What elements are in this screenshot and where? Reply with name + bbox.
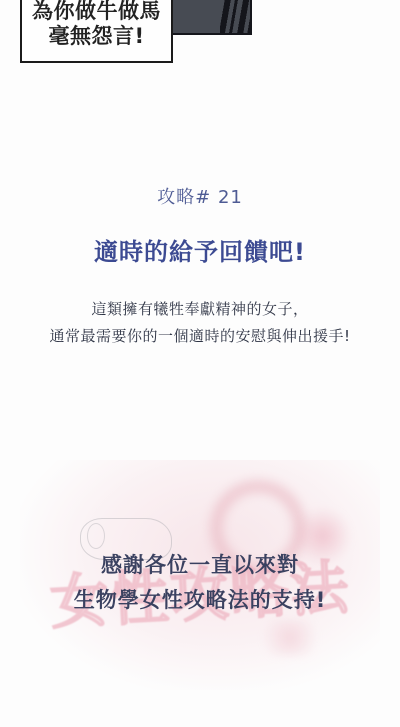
- chapter-title: 適時的給予回饋吧!: [0, 232, 400, 267]
- comic-panel-fragment: [171, 0, 252, 35]
- panel-stripes-decoration: [220, 0, 250, 33]
- chapter-description: 這類擁有犧牲奉獻精神的女子， 通常最需要你的一個適時的安慰與伸出援手!: [0, 296, 400, 350]
- chapter-description-line2: 通常最需要你的一個適時的安慰與伸出援手!: [0, 323, 400, 350]
- chapter-description-line1: 這類擁有犧牲奉獻精神的女子，: [0, 296, 400, 323]
- thanks-note: 感謝各位一直以來對 生物學女性攻略法的支持!: [0, 548, 400, 618]
- pink-blob-small-watermark: [255, 620, 325, 656]
- speech-bubble: 為你做牛做馬 毫無怨言!: [20, 0, 173, 63]
- thanks-note-line2: 生物學女性攻略法的支持!: [0, 583, 400, 618]
- thanks-note-line1: 感謝各位一直以來對: [0, 548, 400, 583]
- chapter-number: 攻略# 21: [0, 183, 400, 209]
- cloud-outline-bump: [87, 523, 105, 549]
- comic-page: 為你做牛做馬 毫無怨言! 攻略# 21 適時的給予回饋吧! 這類擁有犧牲奉獻精神…: [0, 0, 400, 727]
- speech-bubble-line1: 為你做牛做馬: [32, 0, 161, 24]
- speech-bubble-line2: 毫無怨言!: [48, 24, 144, 49]
